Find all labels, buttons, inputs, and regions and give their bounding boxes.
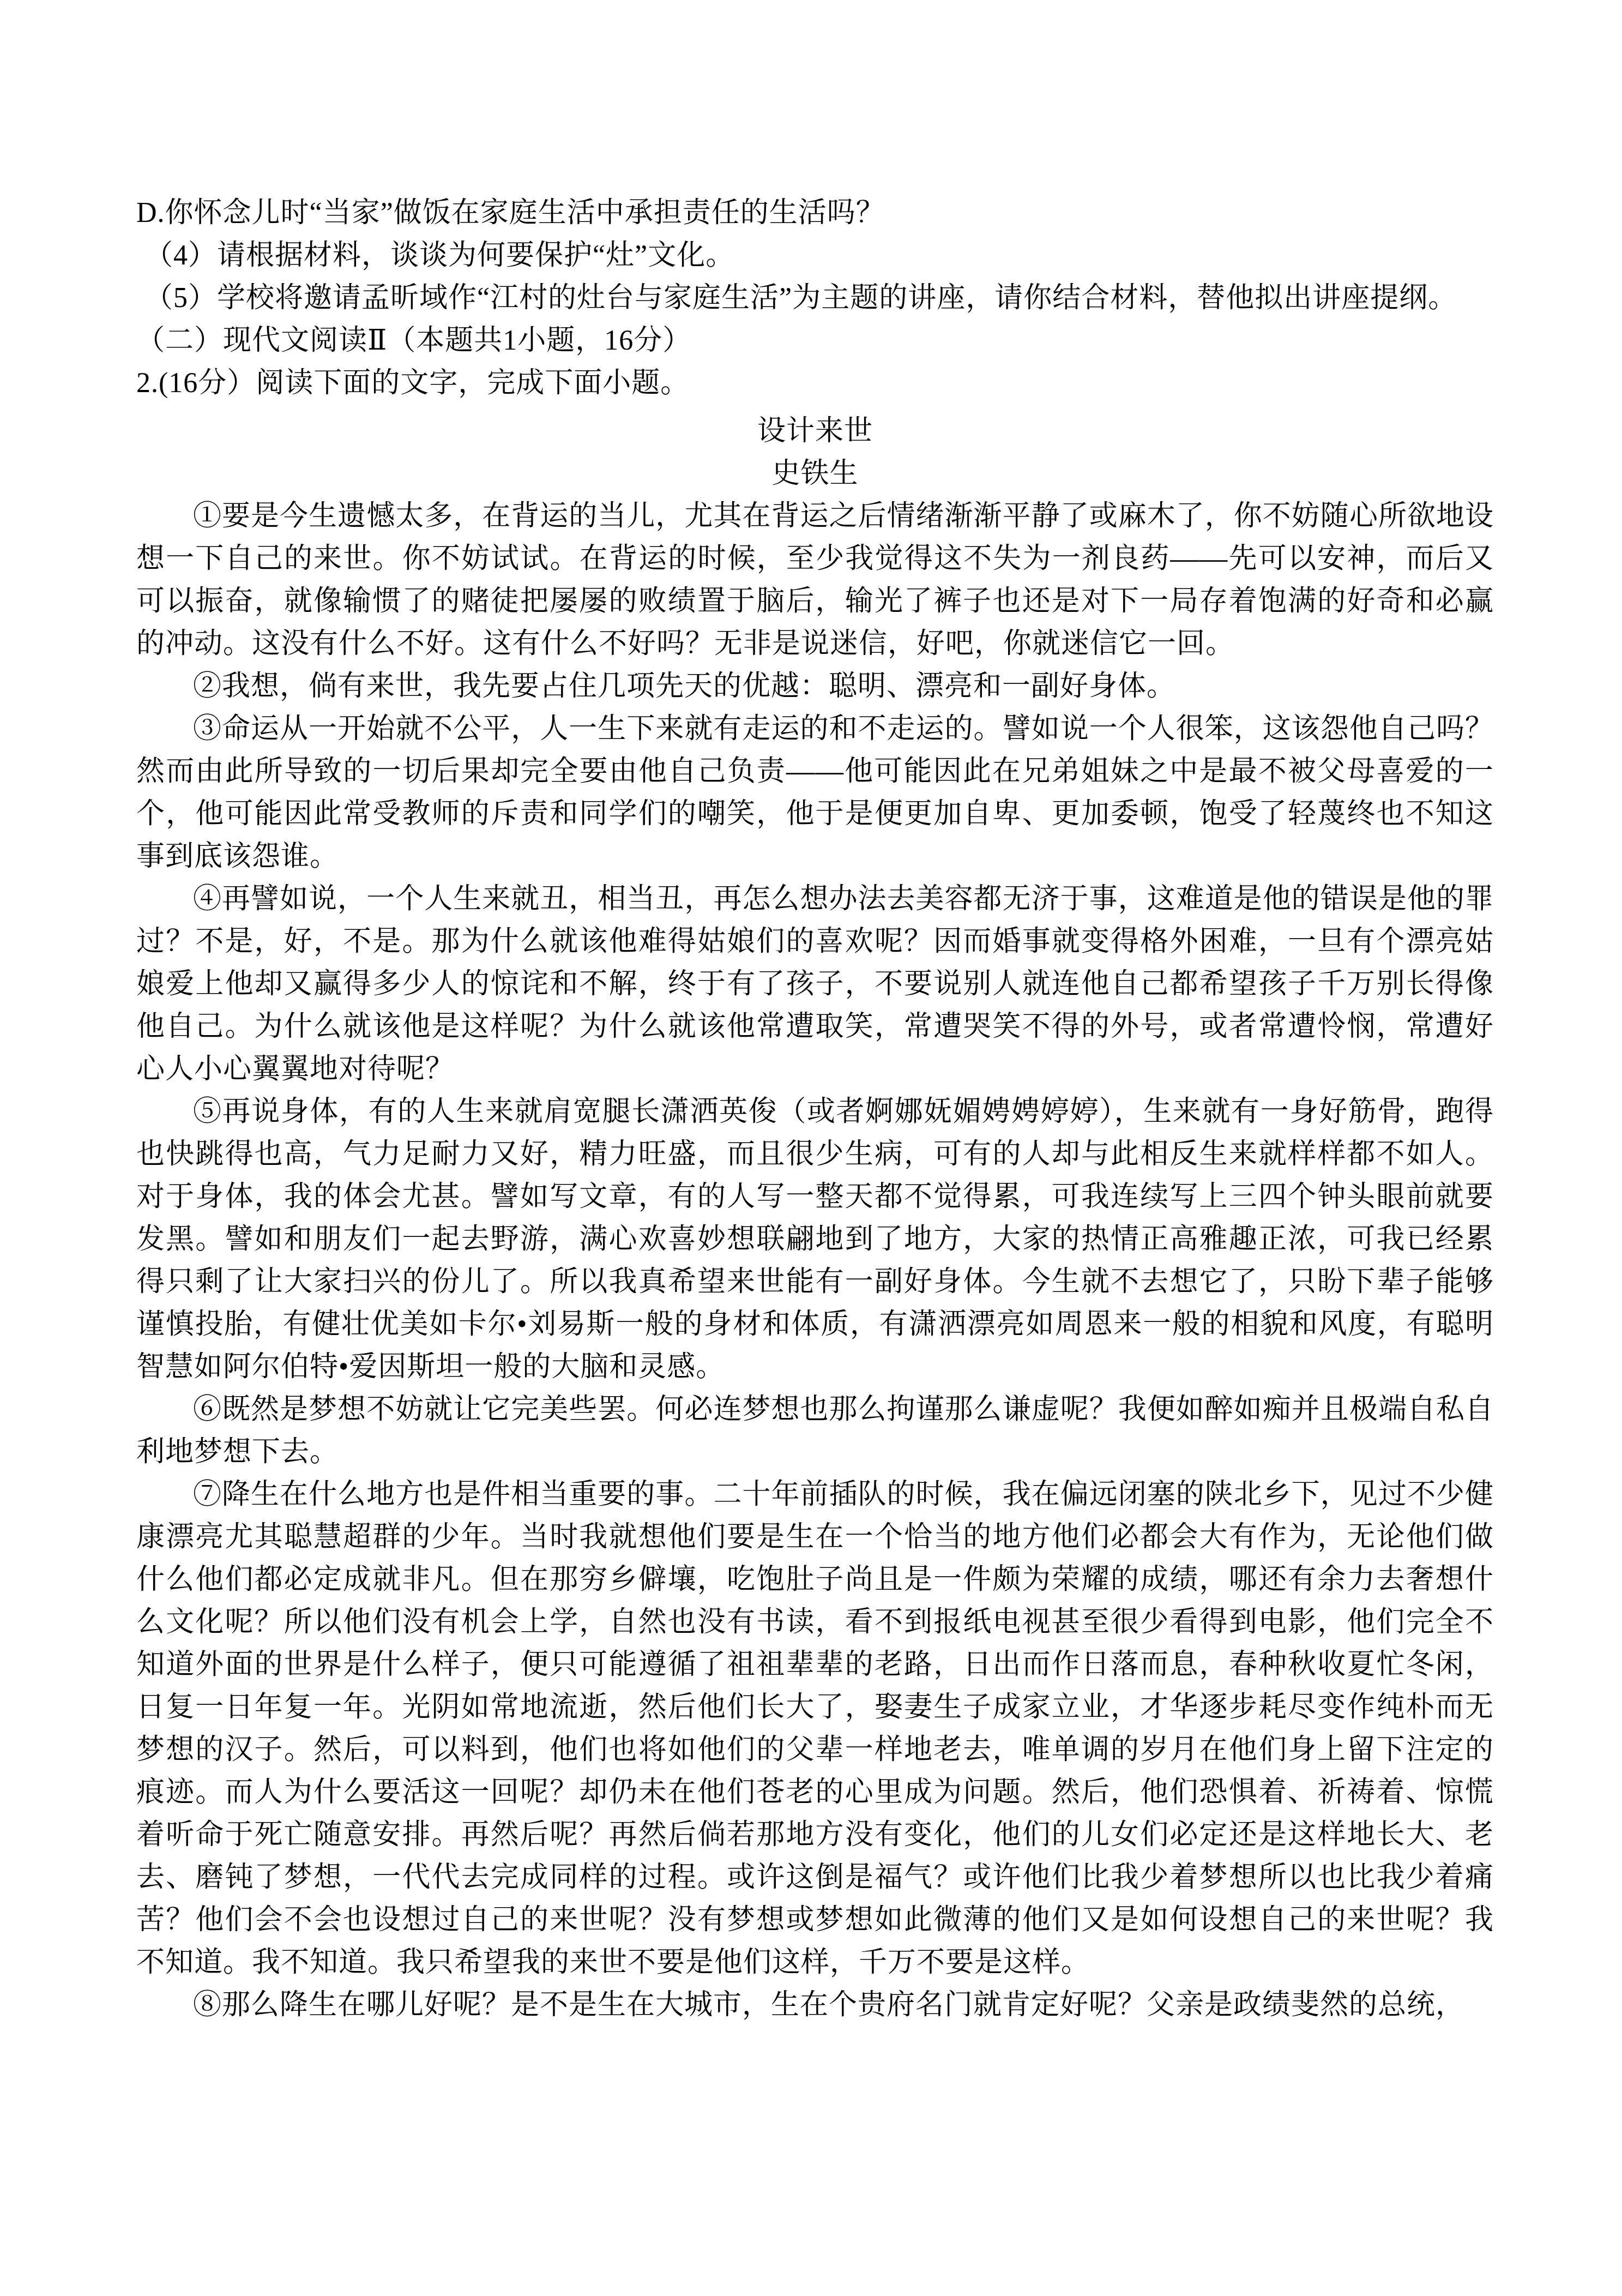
article-paragraph-3: ③命运从一开始就不公平，人一生下来就有走运的和不走运的。譬如说一个人很笨，这该怨… xyxy=(136,708,1494,878)
page-content: D.你怀念儿时“当家”做饭在家庭生活中承担责任的生活吗？ （4）请根据材料，谈谈… xyxy=(0,0,1622,2027)
question-option-d: D.你怀念儿时“当家”做饭在家庭生活中承担责任的生活吗？ xyxy=(136,192,1494,235)
article-paragraph-5: ⑤再说身体，有的人生来就肩宽腿长潇洒英俊（或者婀娜妩媚娉娉婷婷），生来就有一身好… xyxy=(136,1091,1494,1389)
section-heading: （二）现代文阅读Ⅱ（本题共1小题，16分） xyxy=(136,320,1494,362)
question-item-5: （5）学校将邀请孟昕域作“江村的灶台与家庭生活”为主题的讲座，请你结合材料，替他… xyxy=(136,277,1494,320)
article-paragraph-1: ①要是今生遗憾太多，在背运的当儿，尤其在背运之后情绪渐渐平静了或麻木了，你不妨随… xyxy=(136,495,1494,665)
article-paragraph-8: ⑧那么降生在哪儿好呢？是不是生在大城市，生在个贵府名门就肯定好呢？父亲是政绩斐然… xyxy=(136,1984,1494,2027)
article-paragraph-6: ⑥既然是梦想不妨就让它完美些罢。何必连梦想也那么拘谨那么谦虚呢？我便如醉如痴并且… xyxy=(136,1389,1494,1474)
document-page: D.你怀念儿时“当家”做饭在家庭生活中承担责任的生活吗？ （4）请根据材料，谈谈… xyxy=(0,0,1622,2296)
question-item-4: （4）请根据材料，谈谈为何要保护“灶”文化。 xyxy=(136,235,1494,277)
article-author: 史铁生 xyxy=(136,453,1494,495)
question-2-intro: 2.(16分）阅读下面的文字，完成下面小题。 xyxy=(136,362,1494,405)
article-title: 设计来世 xyxy=(136,410,1494,453)
article-paragraph-2: ②我想，倘有来世，我先要占住几项先天的优越：聪明、漂亮和一副好身体。 xyxy=(136,665,1494,708)
article-paragraph-7: ⑦降生在什么地方也是件相当重要的事。二十年前插队的时候，我在偏远闭塞的陕北乡下，… xyxy=(136,1474,1494,1984)
article-paragraph-4: ④再譬如说，一个人生来就丑，相当丑，再怎么想办法去美容都无济于事，这难道是他的错… xyxy=(136,878,1494,1091)
